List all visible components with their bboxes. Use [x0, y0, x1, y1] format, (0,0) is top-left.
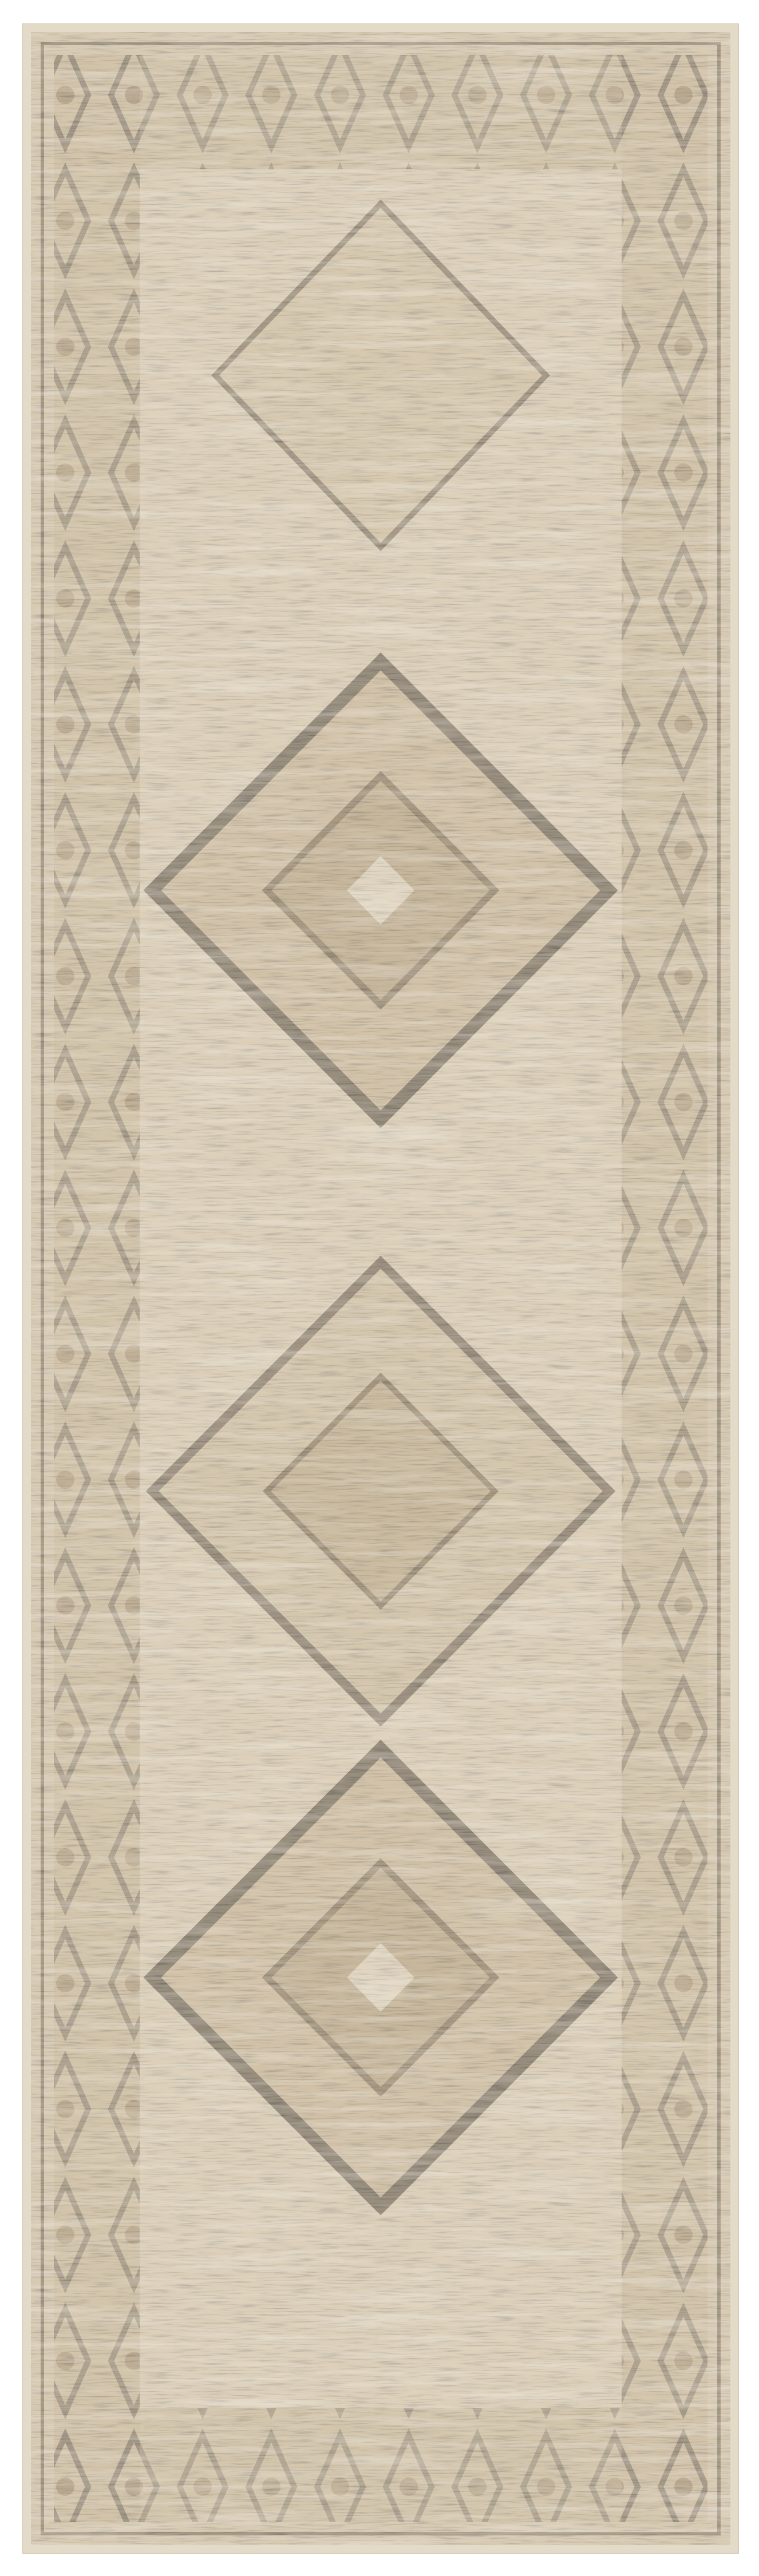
rug-pattern [31, 32, 730, 2545]
rug-runner [23, 24, 738, 2553]
